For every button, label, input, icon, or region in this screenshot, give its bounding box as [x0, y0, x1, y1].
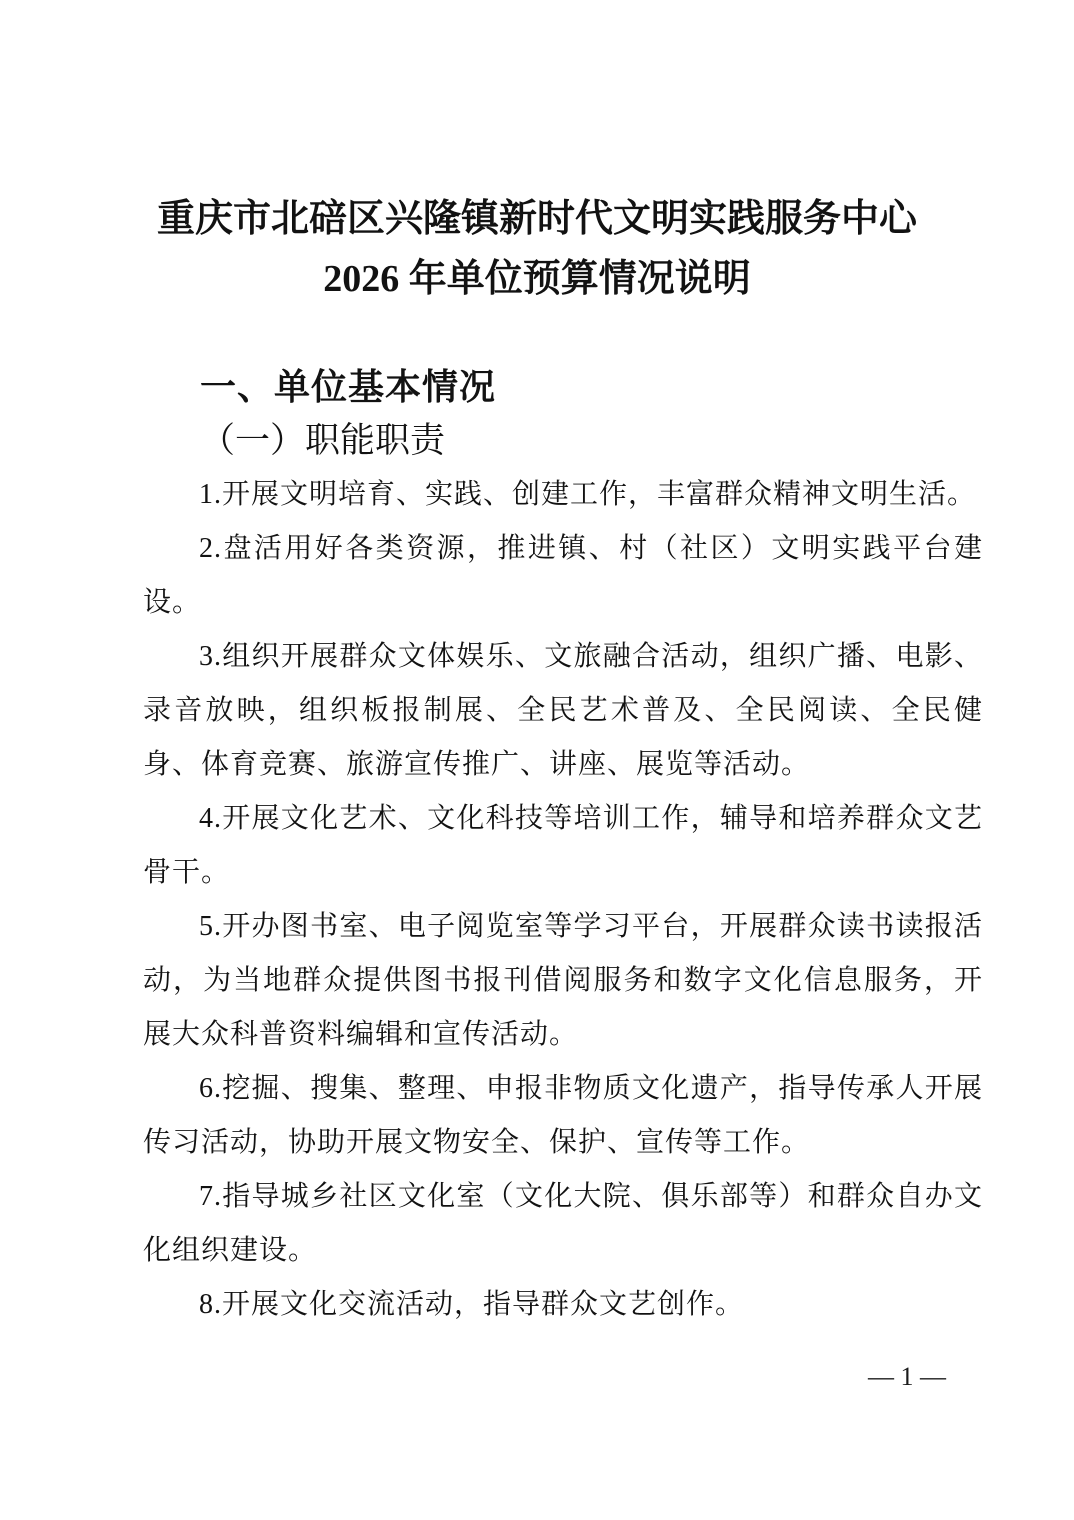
paragraph-1: 1.开展文明培育、实践、创建工作，丰富群众精神文明生活。: [143, 468, 983, 522]
section-heading-basic-info: 一、单位基本情况: [143, 360, 983, 414]
document-title: 重庆市北碚区兴隆镇新时代文明实践服务中心 2026 年单位预算情况说明: [0, 189, 1074, 309]
subsection-heading-duties: （一）职能职责: [143, 414, 983, 468]
document-body: 一、单位基本情况 （一）职能职责 1.开展文明培育、实践、创建工作，丰富群众精神…: [143, 360, 983, 1332]
paragraph-5: 5.开办图书室、电子阅览室等学习平台，开展群众读书读报活动，为当地群众提供图书报…: [143, 900, 983, 1062]
paragraph-3: 3.组织开展群众文体娱乐、文旅融合活动，组织广播、电影、录音放映，组织板报制展、…: [143, 630, 983, 792]
document-page: 重庆市北碚区兴隆镇新时代文明实践服务中心 2026 年单位预算情况说明 一、单位…: [0, 0, 1074, 1520]
paragraph-6: 6.挖掘、搜集、整理、申报非物质文化遗产，指导传承人开展传习活动，协助开展文物安…: [143, 1062, 983, 1170]
title-line-2: 2026 年单位预算情况说明: [0, 249, 1074, 309]
paragraph-7: 7.指导城乡社区文化室（文化大院、俱乐部等）和群众自办文化组织建设。: [143, 1170, 983, 1278]
paragraph-8: 8.开展文化交流活动，指导群众文艺创作。: [143, 1278, 983, 1332]
paragraph-2: 2.盘活用好各类资源，推进镇、村（社区）文明实践平台建设。: [143, 522, 983, 630]
paragraph-4: 4.开展文化艺术、文化科技等培训工作，辅导和培养群众文艺骨干。: [143, 792, 983, 900]
title-line-1: 重庆市北碚区兴隆镇新时代文明实践服务中心: [0, 189, 1074, 249]
page-footer: — 1 —: [868, 1360, 946, 1394]
page-number: — 1 —: [868, 1362, 946, 1391]
